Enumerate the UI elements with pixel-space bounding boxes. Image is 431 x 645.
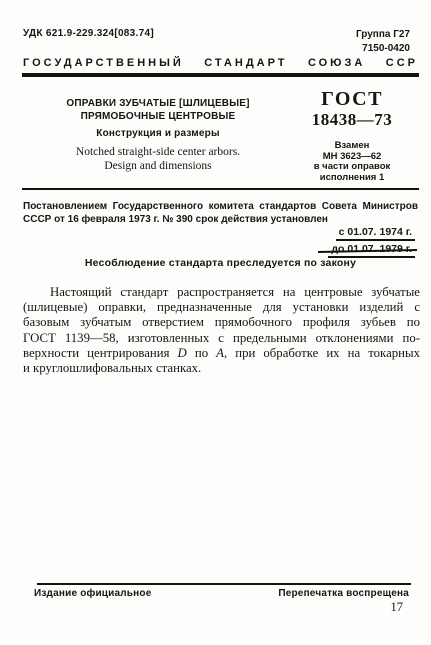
scope-line-5: верхности центрирования D по A, при обра… (23, 346, 420, 361)
gost-number: 18438—73 (294, 110, 410, 129)
footer-divider (37, 583, 411, 585)
official-edition-label: Издание официальное (34, 588, 151, 599)
gost-standard-page: УДК 621.9-229.324[083.74] Группа Г27 715… (0, 0, 431, 645)
title-english-line-2: Design and dimensions (104, 160, 211, 172)
scope-paragraph: Настоящий стандарт распространяется на ц… (23, 285, 420, 376)
variable-d: D (178, 346, 187, 360)
title-english-line-1: Notched straight-side center arbors. (76, 146, 240, 158)
decree-line-2: СССР от 16 февраля 1973 г. № 390 срок де… (23, 214, 418, 227)
scope-line-5-text: по (187, 346, 216, 360)
divider-thick (22, 73, 419, 77)
replaces-line-1: Взамен (294, 141, 410, 152)
group-block: Группа Г27 7150-0420 (356, 28, 410, 56)
state-standard-word: ССР (386, 57, 418, 69)
validity-dates: с 01.07. 1974 г. до 01.07. 1979 г. (328, 226, 415, 258)
scope-line-6: и круглошлифовальных станках. (23, 361, 420, 376)
scope-line-2: (шлицевые) оправки, предназначенные для … (23, 300, 420, 315)
replaces-line-4: исполнения 1 (294, 173, 410, 184)
effective-date: с 01.07. 1974 г. (336, 226, 415, 241)
replaces-line-3: в части оправок (294, 162, 410, 173)
expired-date-struck: до 01.07. 1979 г. (328, 243, 415, 258)
variable-a: A (216, 346, 224, 360)
scope-line-5-text: , при обработке их на токарных (224, 346, 420, 360)
title-line-1: ОПРАВКИ ЗУБЧАТЫЕ [ШЛИЦЕВЫЕ] (52, 97, 264, 110)
decree-line-1: Постановлением Государственного комитета… (23, 201, 418, 214)
title-block-russian: ОПРАВКИ ЗУБЧАТЫЕ [ШЛИЦЕВЫЕ] ПРЯМОБОЧНЫЕ … (52, 97, 264, 173)
divider-medium (22, 188, 419, 190)
group-label: Группа Г27 (356, 28, 410, 42)
scope-line-1: Настоящий стандарт распространяется на ц… (23, 285, 420, 300)
state-standard-word: ГОСУДАРСТВЕННЫЙ (23, 57, 184, 69)
replaces-note: Взамен МН 3623—62 в части оправок исполн… (294, 141, 410, 183)
gost-designation-block: ГОСТ 18438—73 Взамен МН 3623—62 в части … (294, 89, 410, 183)
udk-classification: УДК 621.9-229.324[083.74] (23, 28, 154, 39)
page-number: 17 (391, 600, 404, 615)
state-standard-word: СТАНДАРТ (204, 57, 287, 69)
state-standard-heading: ГОСУДАРСТВЕННЫЙ СТАНДАРТ СОЮЗА ССР (23, 57, 418, 69)
gost-label: ГОСТ (294, 89, 410, 109)
no-reprint-label: Перепечатка воспрещена (278, 588, 409, 599)
title-english: Notched straight-side center arbors. Des… (52, 146, 264, 173)
footer: Издание официальное Перепечатка воспреще… (34, 588, 409, 599)
decree-statement: Постановлением Государственного комитета… (23, 201, 418, 226)
scope-line-5-text: верхности центрирования (23, 346, 178, 360)
scope-line-3: базовым зубчатым отверстием прямобочного… (23, 315, 420, 330)
law-notice: Несоблюдение стандарта преследуется по з… (23, 257, 418, 269)
scope-line-4: ГОСТ 1139—58, изготовленных с предельным… (23, 331, 420, 346)
okp-code: 7150-0420 (356, 42, 410, 56)
state-standard-word: СОЮЗА (308, 57, 365, 69)
title-subtitle: Конструкция и размеры (52, 128, 264, 139)
title-line-2: ПРЯМОБОЧНЫЕ ЦЕНТРОВЫЕ (52, 110, 264, 123)
